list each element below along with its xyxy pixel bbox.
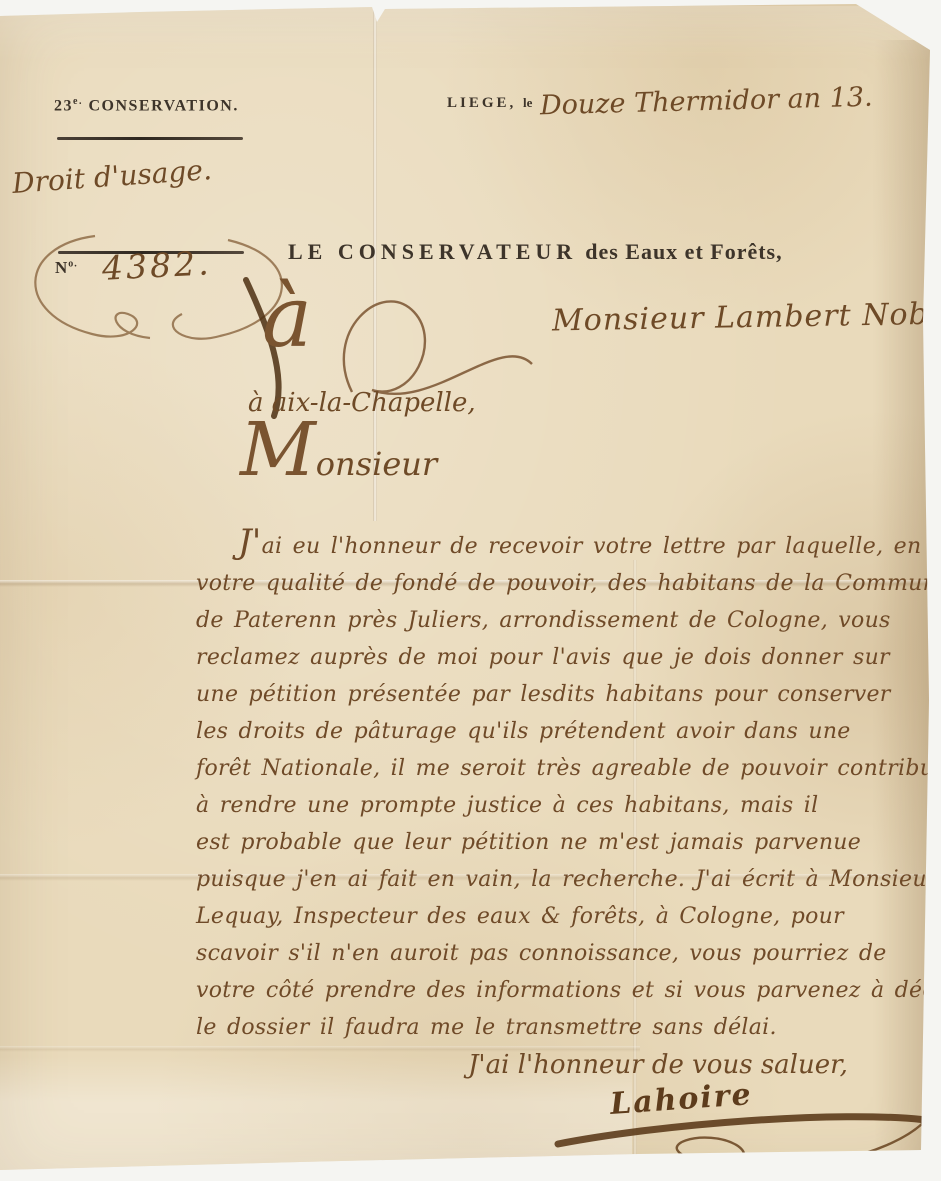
body-line: de Paterenn près Juliers, arrondissement… [196, 602, 924, 639]
top-flap-highlight [0, 6, 941, 61]
recipient-name: Monsieur Lambert Nobis [552, 296, 941, 338]
body-line: reclamez auprès de moi pour l'avis que j… [196, 639, 924, 676]
body-line: J'ai eu l'honneur de recevoir votre lett… [196, 524, 924, 565]
paper-sheet: 23e. CONSERVATION. Droit d'usage. No. 43… [0, 0, 941, 1181]
letter-body: J'ai eu l'honneur de recevoir votre lett… [196, 524, 924, 1046]
body-line: les droits de pâturage qu'ils prétendent… [196, 713, 924, 750]
header-rule-top [57, 137, 243, 140]
conservation-number: 23 [54, 97, 73, 114]
numero-letter: N [55, 258, 68, 277]
body-line: à rendre une prompte justice à ces habit… [196, 787, 924, 824]
body-line: une pétition présentée par lesdits habit… [196, 676, 924, 713]
conservation-word: CONSERVATION. [83, 97, 239, 114]
letterhead-part2: des Eaux et Forêts, [585, 239, 782, 264]
subject-annotation: Droit d'usage. [11, 153, 213, 200]
dateline-le: le [523, 95, 532, 110]
conservation-heading: 23e. CONSERVATION. [54, 96, 239, 115]
numero-value: 4382. [101, 243, 212, 288]
place-name: LIEGE, [447, 95, 516, 111]
recipient-prefix: à [262, 268, 312, 366]
numero-label: No. [55, 258, 78, 278]
letterhead-title: LE CONSERVATEURdes Eaux et Forêts, [288, 239, 783, 265]
body-line: scavoir s'il n'en auroit pas connoissanc… [196, 935, 924, 972]
body-line: le dossier il faudra me le transmettre s… [196, 1009, 924, 1046]
salutation: Monsieur [240, 430, 437, 483]
body-line: Lequay, Inspecteur des eaux & forêts, à … [196, 898, 924, 935]
scanned-letter: 23e. CONSERVATION. Droit d'usage. No. 43… [0, 0, 941, 1181]
body-line: votre côté prendre des informations et s… [196, 972, 924, 1009]
body-line: forêt Nationale, il me seroit très agrea… [196, 750, 924, 787]
signature: Lahoire [609, 1077, 754, 1122]
numero-ordinal: o. [68, 258, 78, 269]
body-line: est probable que leur pétition ne m'est … [196, 824, 924, 861]
body-line: puisque j'en ai fait en vain, la recherc… [196, 861, 924, 898]
body-line: votre qualité de fondé de pouvoir, des h… [196, 565, 924, 602]
conservation-ordinal: e. [73, 96, 83, 107]
letterhead-part1: LE CONSERVATEUR [288, 239, 577, 264]
dateline-date: Douze Thermidor an 13. [540, 82, 873, 122]
dateline-place: LIEGE, le [447, 95, 532, 112]
closing-formula: J'ai l'honneur de vous saluer, [468, 1050, 848, 1080]
